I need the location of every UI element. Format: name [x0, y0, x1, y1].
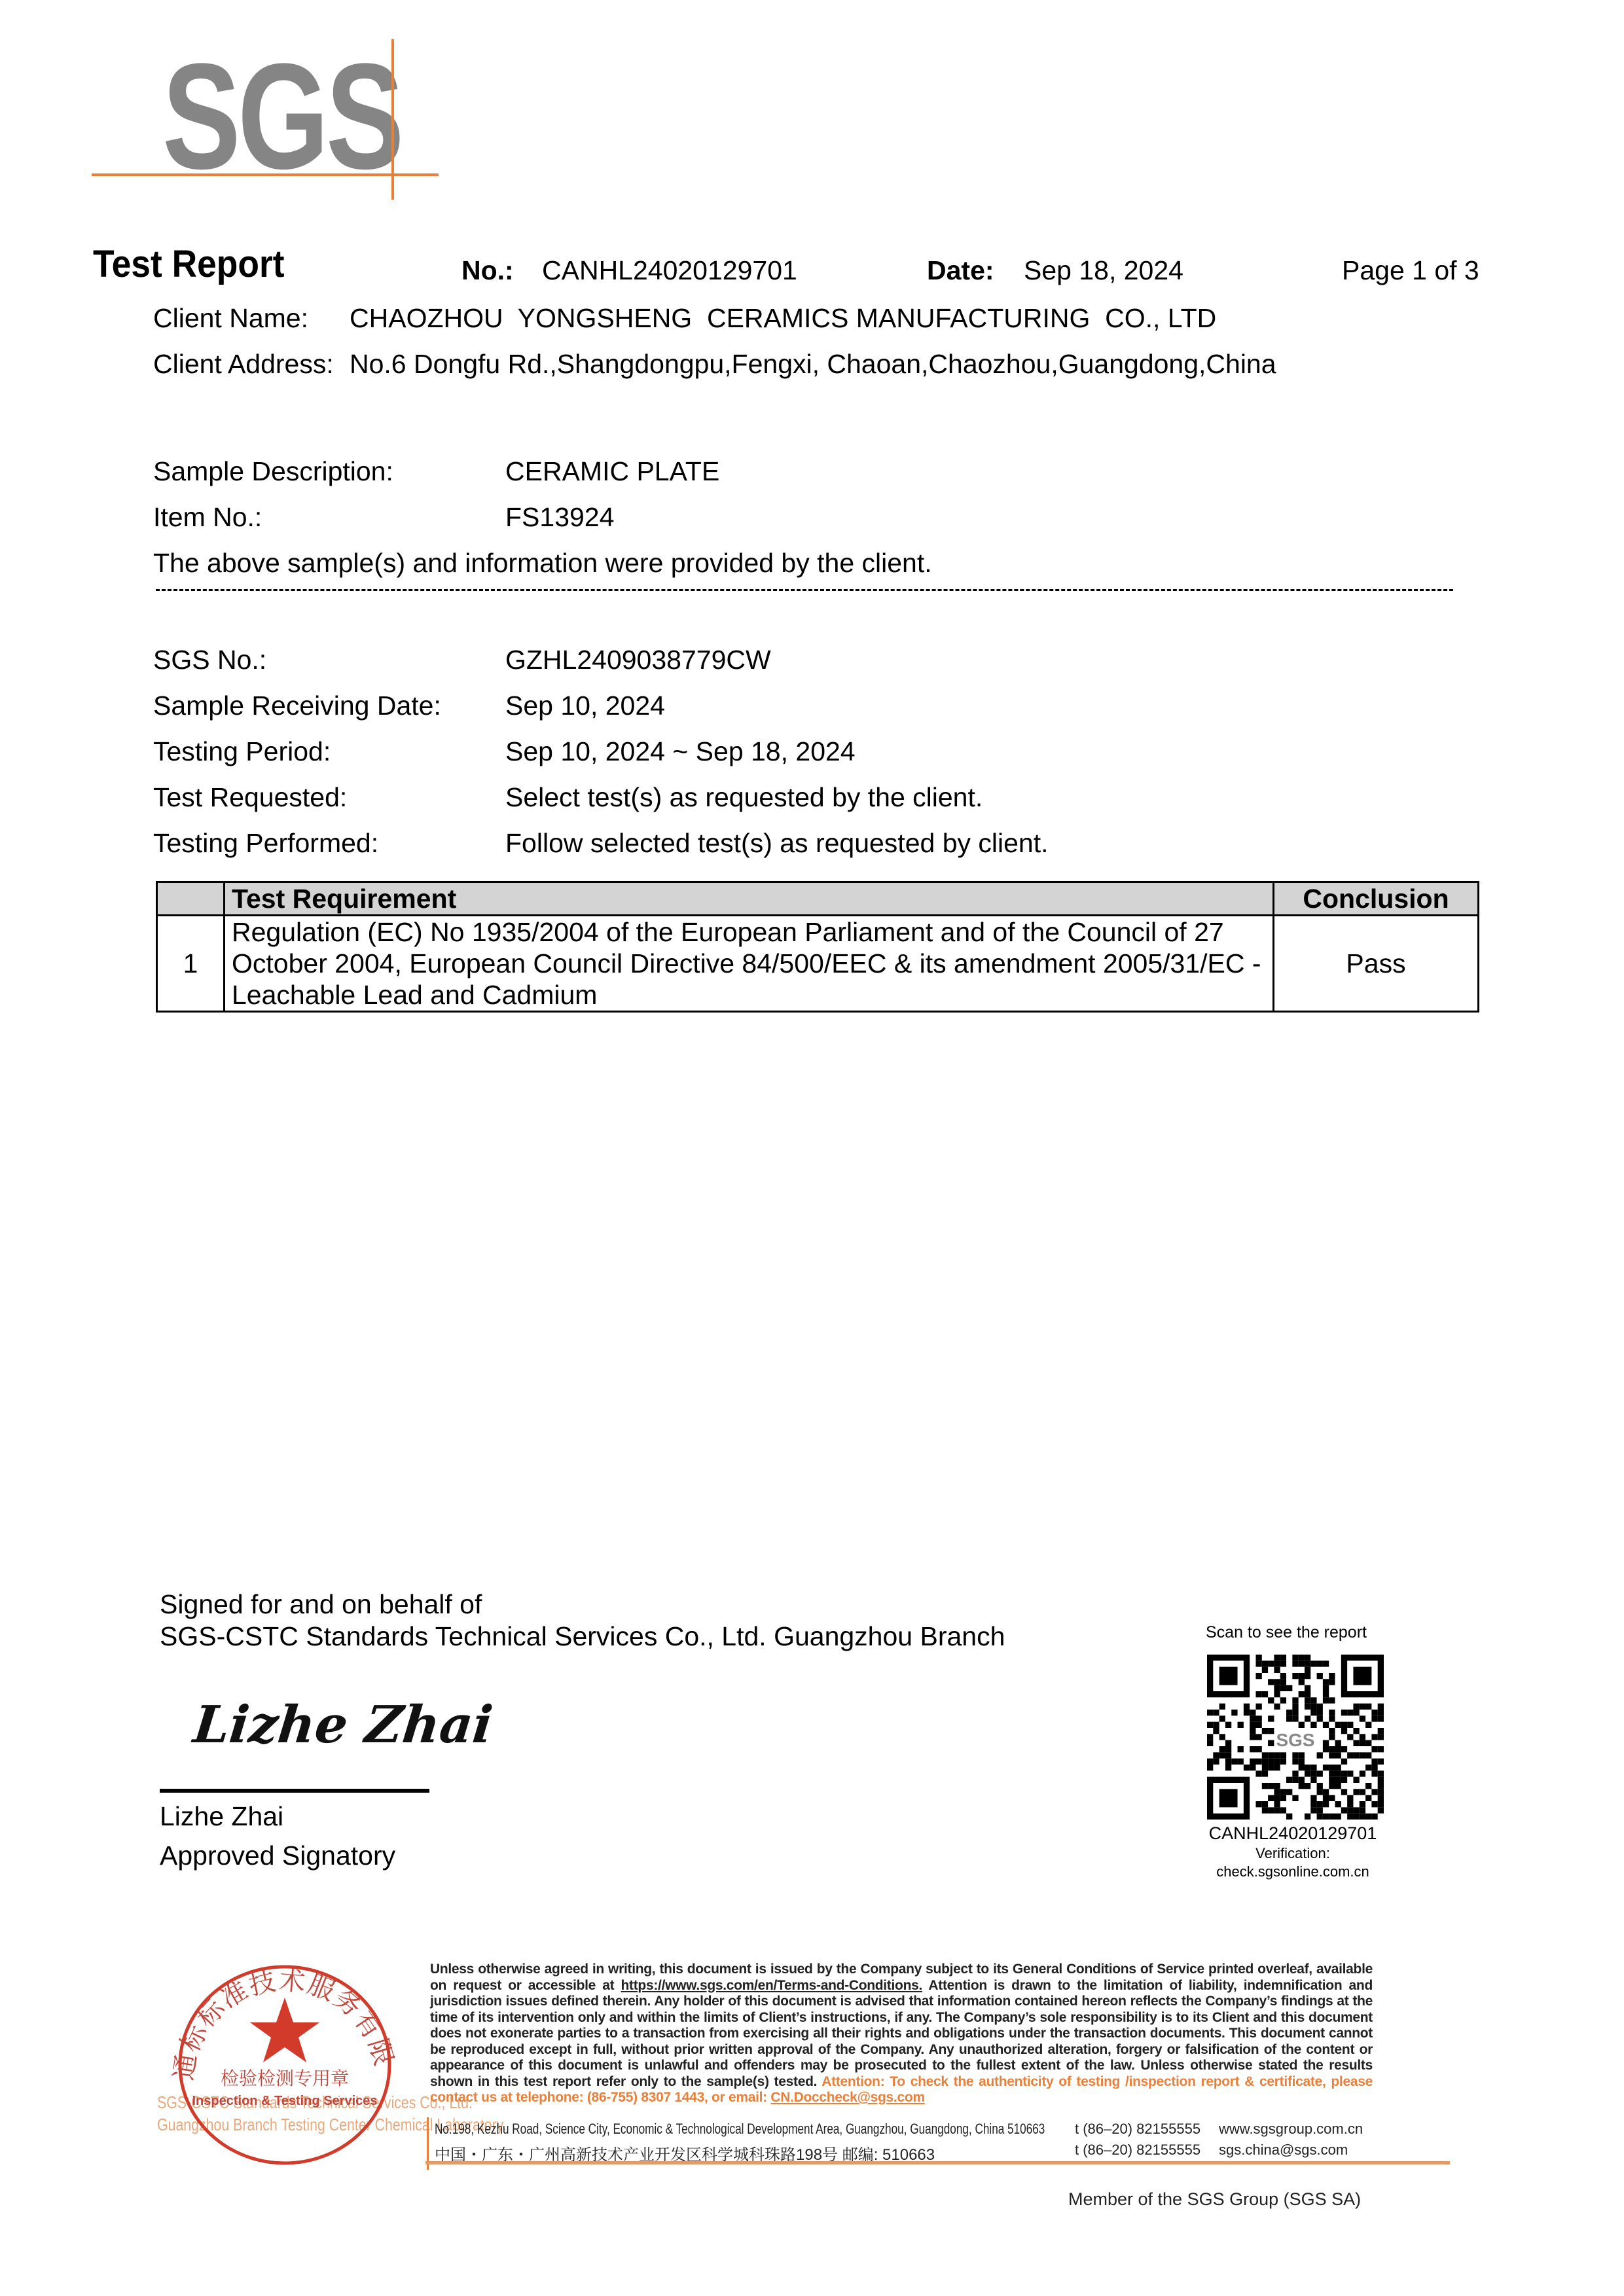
report-number: CANHL24020129701: [542, 255, 797, 286]
dashed-divider: [156, 589, 1453, 591]
testing-period: Sep 10, 2024 ~ Sep 18, 2024: [505, 736, 856, 767]
item-number: FS13924: [505, 502, 614, 533]
disclaimer-text-end: Attention is drawn to the limitation of …: [430, 1978, 1373, 2089]
doccheck-email-link[interactable]: CN.Doccheck@sgs.com: [770, 2090, 924, 2105]
sgs-number: GZHL2409038779CW: [505, 645, 771, 675]
report-date: Sep 18, 2024: [1024, 255, 1183, 286]
legal-disclaimer: Unless otherwise agreed in writing, this…: [430, 1962, 1373, 2106]
sample-description-label: Sample Description:: [153, 456, 393, 487]
official-stamp-icon: 通标标准技术服务有限公司广州分公司 检验检测专用章 Inspection & T…: [167, 1957, 403, 2170]
qr-code-icon[interactable]: SGS: [1207, 1655, 1384, 1820]
report-date-label: Date:: [927, 255, 994, 286]
test-requirement-table: Test Requirement Conclusion 1 Regulation…: [156, 881, 1479, 1013]
sgs-logo-text: SGS: [162, 51, 401, 182]
client-address: No.6 Dongfu Rd.,Shangdongpu,Fengxi, Chao…: [350, 349, 1276, 380]
report-number-label: No.:: [461, 255, 514, 286]
footer-website[interactable]: www.sgsgroup.com.cn: [1219, 2121, 1363, 2138]
testing-performed-label: Testing Performed:: [153, 828, 378, 859]
sgs-number-label: SGS No.:: [153, 645, 266, 675]
client-address-label: Client Address:: [153, 349, 334, 380]
header-test-requirement: Test Requirement: [225, 882, 1274, 916]
client-name-label: Client Name:: [153, 303, 308, 334]
signatory-role: Approved Signatory: [160, 1840, 395, 1871]
svg-text:检验检测专用章: 检验检测专用章: [221, 2068, 349, 2089]
footer-phone-2: t (86–20) 82155555: [1075, 2142, 1200, 2159]
logo-vertical-rule: [391, 39, 394, 200]
receiving-date: Sep 10, 2024: [505, 691, 665, 721]
testing-performed: Follow selected test(s) as requested by …: [505, 828, 1049, 859]
handwritten-signature: Lizhe Zhai: [190, 1695, 496, 1755]
item-number-label: Item No.:: [153, 502, 262, 533]
row-requirement: Regulation (EC) No 1935/2004 of the Euro…: [225, 916, 1274, 1012]
svg-text:Inspection & Testing Services: Inspection & Testing Services: [192, 2094, 377, 2108]
footer-horizontal-rule: [425, 2161, 1450, 2164]
qr-report-number: CANHL24020129701: [1185, 1823, 1401, 1844]
test-requested-label: Test Requested:: [153, 782, 347, 813]
verification-label: Verification:: [1185, 1844, 1401, 1863]
header-number: [157, 882, 225, 916]
signature-line: [160, 1789, 429, 1793]
table-row: 1 Regulation (EC) No 1935/2004 of the Eu…: [157, 916, 1479, 1012]
header-conclusion: Conclusion: [1274, 882, 1479, 916]
qr-verification: Verification: check.sgsonline.com.cn: [1185, 1844, 1401, 1881]
client-name: CHAOZHOU YONGSHENG CERAMICS MANUFACTURIN…: [350, 303, 1216, 334]
sgs-logo: SGS: [92, 26, 445, 183]
page-indicator: Page 1 of 3: [1342, 255, 1479, 286]
verification-url[interactable]: check.sgsonline.com.cn: [1185, 1863, 1401, 1881]
signatory-name: Lizhe Zhai: [160, 1801, 283, 1832]
footer-phone-1: t (86–20) 82155555: [1075, 2121, 1200, 2138]
qr-verification-block: Scan to see the report SGS CANHL24020129…: [1185, 1623, 1407, 1642]
qr-caption: Scan to see the report: [1185, 1623, 1388, 1642]
table-header-row: Test Requirement Conclusion: [157, 882, 1479, 916]
footer-address-en: No.198, Kezhu Road, Science City, Econom…: [435, 2121, 1045, 2138]
signing-company: SGS-CSTC Standards Technical Services Co…: [160, 1621, 1005, 1652]
receiving-date-label: Sample Receiving Date:: [153, 691, 441, 721]
terms-link[interactable]: https://www.sgs.com/en/Terms-and-Conditi…: [621, 1978, 923, 1993]
row-conclusion: Pass: [1274, 916, 1479, 1012]
testing-period-label: Testing Period:: [153, 736, 331, 767]
sgs-group-membership: Member of the SGS Group (SGS SA): [1068, 2189, 1361, 2210]
sample-provided-note: The above sample(s) and information were…: [153, 548, 932, 579]
test-requested: Select test(s) as requested by the clien…: [505, 782, 983, 813]
footer-email[interactable]: sgs.china@sgs.com: [1219, 2142, 1348, 2159]
signed-on-behalf-text: Signed for and on behalf of: [160, 1589, 482, 1620]
row-number: 1: [157, 916, 225, 1012]
sample-description: CERAMIC PLATE: [505, 456, 719, 487]
logo-horizontal-rule: [92, 173, 439, 176]
svg-text:SGS: SGS: [1276, 1730, 1315, 1750]
report-title: Test Report: [93, 242, 285, 286]
